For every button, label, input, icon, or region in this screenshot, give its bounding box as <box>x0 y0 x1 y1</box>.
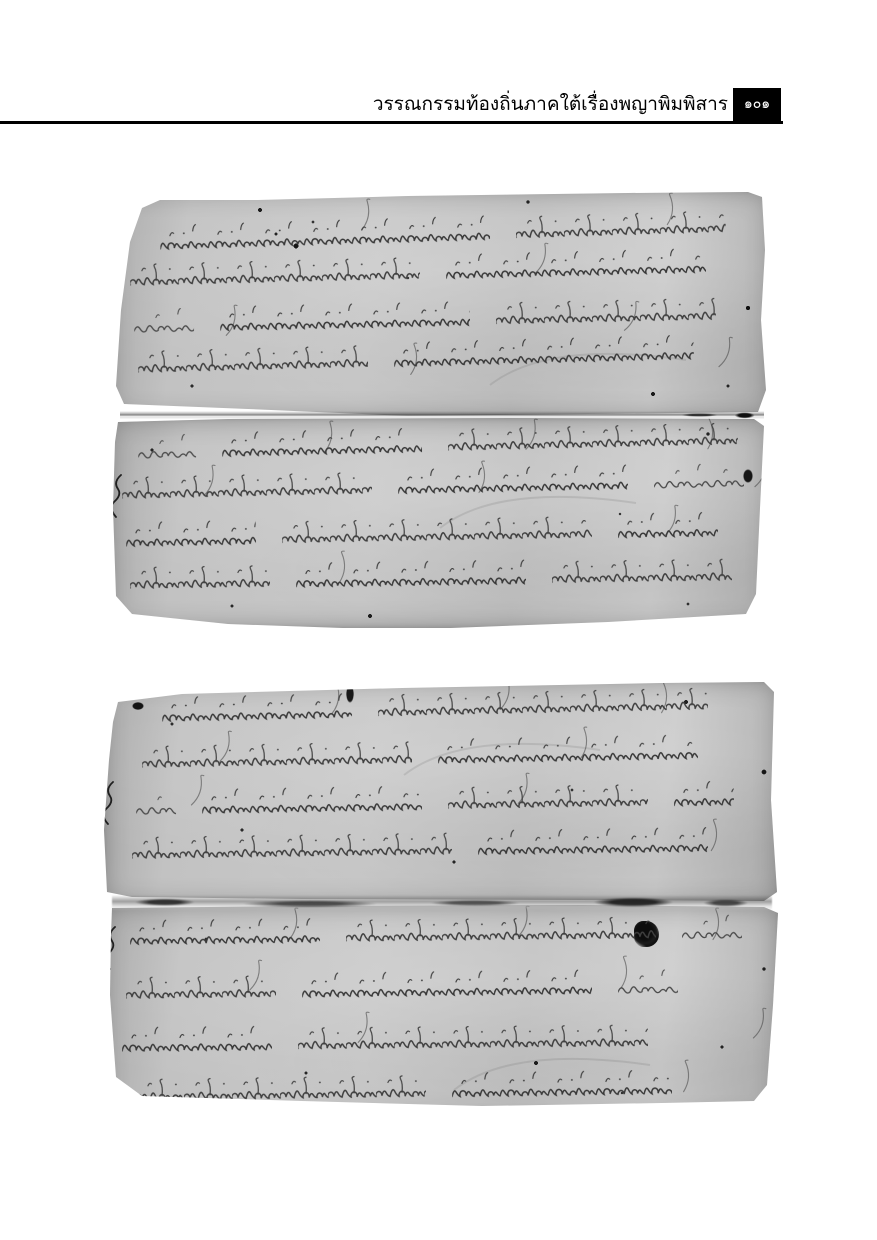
ink-flourish <box>753 453 775 491</box>
handwriting-segment <box>162 691 353 729</box>
handwriting-segment <box>496 294 717 333</box>
handwriting-line <box>130 555 732 597</box>
ink-flourish <box>752 1004 773 1042</box>
manuscript-1-panel-1 <box>108 190 772 418</box>
ink-flourish <box>656 677 676 715</box>
handwriting-segment <box>142 737 413 776</box>
handwriting-segment <box>448 780 649 817</box>
handwriting-segment <box>302 967 592 1005</box>
handwriting-segment <box>134 305 195 340</box>
ink-flourish <box>708 904 727 941</box>
manuscript-photo-1 <box>108 190 772 628</box>
ink-flourish <box>356 1008 375 1045</box>
handwriting-segment <box>674 779 735 814</box>
ink-curl <box>110 473 126 523</box>
handwriting-line <box>130 912 742 952</box>
ghost-stroke <box>438 473 638 533</box>
handwriting-line <box>126 966 678 1007</box>
manuscript-1-panel-2 <box>108 418 772 628</box>
handwriting-segment <box>136 1071 426 1109</box>
handwriting-line <box>136 779 734 822</box>
handwriting-segment <box>445 246 706 286</box>
page-number: ๑๐๑ <box>744 98 770 112</box>
handwriting-line <box>138 418 739 466</box>
handwriting-segment <box>222 426 423 465</box>
handwriting-segment <box>159 213 490 257</box>
handwriting-segment <box>296 557 526 594</box>
handwriting-segment <box>552 555 732 592</box>
manuscript-photo-2 <box>102 680 780 1122</box>
handwriting-segment <box>126 518 257 554</box>
running-title: วรรณกรรมท้องถิ่นภาคใต้เรื่องพญาพิมพิสาร <box>373 91 728 118</box>
book-page: วรรณกรรมท้องถิ่นภาคใต้เรื่องพญาพิมพิสาร … <box>0 0 877 1240</box>
ink-flourish <box>334 547 354 584</box>
handwriting-segment <box>478 825 708 862</box>
handwriting-segment <box>122 1024 272 1059</box>
page-number-box: ๑๐๑ <box>733 88 781 121</box>
handwriting-segment <box>132 829 452 867</box>
handwriting-segment <box>136 787 177 822</box>
manuscript-2-panel-2 <box>102 905 780 1122</box>
handwriting-segment <box>138 341 369 381</box>
ink-flourish <box>498 675 517 712</box>
handwriting-segment <box>130 561 270 597</box>
ghost-stroke <box>452 1035 652 1095</box>
ghost-stroke <box>488 330 688 390</box>
ink-curl <box>102 775 118 835</box>
ink-flourish <box>678 1056 698 1094</box>
ink-flourish <box>202 461 221 498</box>
ink-flourish <box>616 952 636 989</box>
handwriting-segment <box>130 253 421 294</box>
ink-flourish <box>360 196 376 232</box>
ink-flourish <box>323 418 339 454</box>
ink-flourish <box>288 905 304 941</box>
handwriting-segment <box>448 418 739 459</box>
header-rule <box>0 121 783 124</box>
ink-flourish <box>706 815 726 852</box>
ink-flourish <box>662 189 682 226</box>
handwriting-segment <box>654 460 745 496</box>
ink-flourish <box>516 902 535 939</box>
handwriting-segment <box>220 299 471 338</box>
ink-flourish <box>407 339 425 376</box>
manuscript-2-panel-1 <box>102 680 780 905</box>
ink-flourish <box>717 333 739 371</box>
ink-flourish <box>224 301 243 338</box>
ghost-stroke <box>402 720 602 780</box>
ink-flourish <box>330 680 346 716</box>
handwriting-segment <box>138 431 197 466</box>
handwriting-line <box>132 825 708 867</box>
ink-curl <box>104 925 120 975</box>
handwriting-segment <box>122 468 373 507</box>
handwriting-segment <box>202 784 423 821</box>
handwriting-segment <box>346 912 656 949</box>
